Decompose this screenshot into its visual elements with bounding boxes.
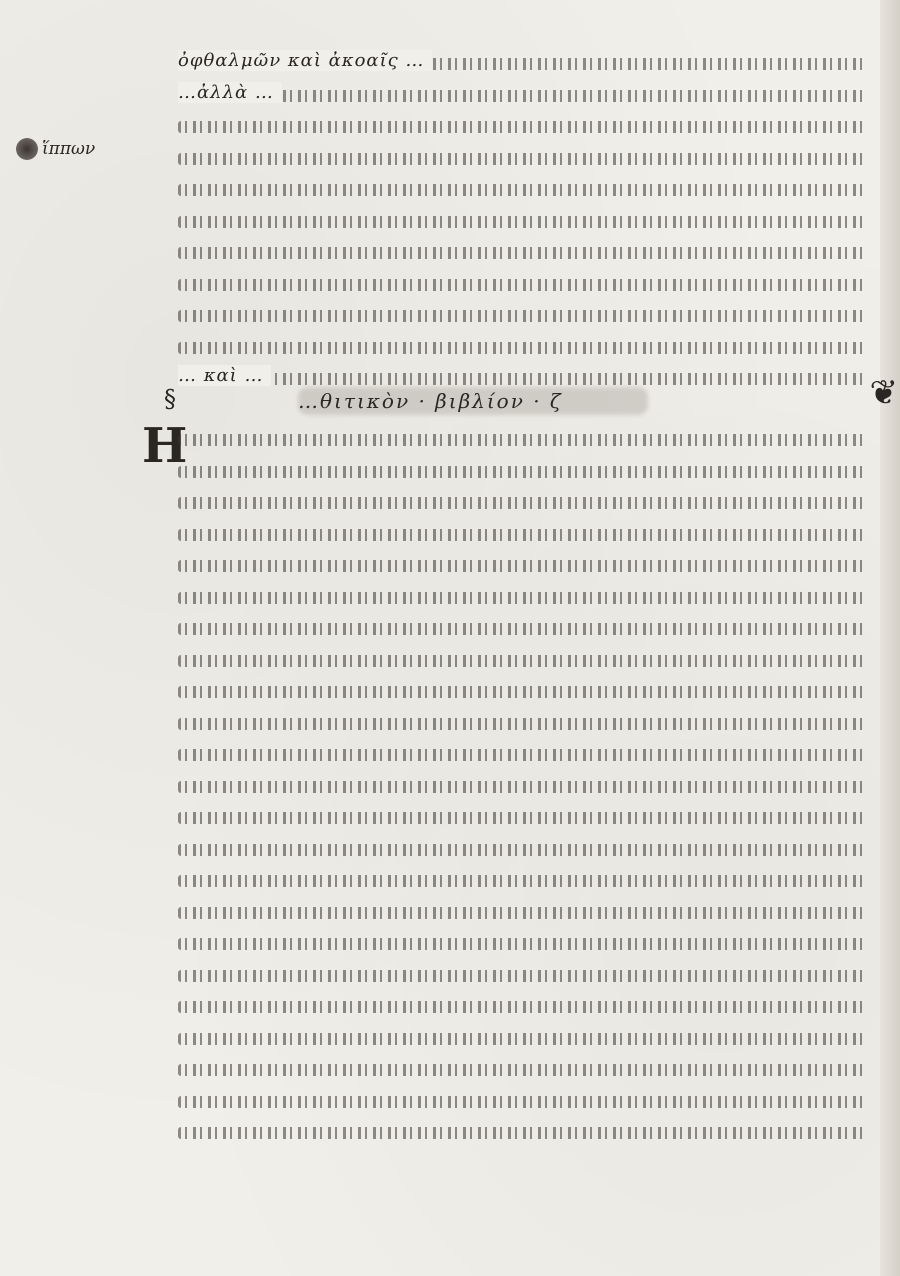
manuscript-line: [178, 546, 868, 578]
manuscript-line: [178, 767, 868, 799]
manuscript-line: [178, 139, 868, 171]
handwriting-strokes: [178, 812, 868, 824]
manuscript-line: [178, 1050, 868, 1082]
handwriting-strokes: [178, 749, 868, 761]
heading-text: …θιτικὸν · βιβλίον · ζ: [298, 389, 563, 413]
handwriting-strokes: [178, 781, 868, 793]
manuscript-line: [178, 893, 868, 925]
manuscript-line: [178, 296, 868, 328]
manuscript-line: [178, 1113, 868, 1145]
ink-stain-icon: [16, 138, 38, 160]
handwriting-strokes: [178, 875, 868, 887]
handwriting-strokes: [178, 310, 868, 322]
manuscript-line: [178, 483, 868, 515]
handwriting-strokes: [178, 1001, 868, 1013]
handwriting-strokes: [178, 686, 868, 698]
line-text: …ἀλλὰ …: [178, 82, 282, 103]
manuscript-line: [178, 861, 868, 893]
handwriting-strokes: [178, 1127, 868, 1139]
manuscript-line: [178, 641, 868, 673]
manuscript-line: [178, 420, 868, 452]
manuscript-line: [178, 987, 868, 1019]
handwriting-strokes: [178, 121, 868, 133]
handwriting-strokes: [178, 907, 868, 919]
handwriting-strokes: [178, 655, 868, 667]
manuscript-line: [178, 672, 868, 704]
manuscript-line: [178, 452, 868, 484]
book-heading: § …θιτικὸν · βιβλίον · ζ ❦: [178, 383, 868, 417]
marginal-gloss: ἵππων: [16, 138, 95, 160]
manuscript-line: [178, 924, 868, 956]
handwriting-strokes: [178, 1033, 868, 1045]
manuscript-line: [178, 704, 868, 736]
handwriting-strokes: [178, 434, 868, 446]
handwriting-strokes: [178, 529, 868, 541]
handwriting-strokes: [178, 1064, 868, 1076]
manuscript-line: [178, 265, 868, 297]
handwriting-strokes: [178, 184, 868, 196]
manuscript-line: [178, 202, 868, 234]
manuscript-line: [178, 798, 868, 830]
page-edge: [880, 0, 900, 1276]
text-block-upper: ὀφθαλμῶν καὶ ἀκοαῖς ……ἀλλὰ …… καὶ …: [178, 44, 868, 391]
manuscript-line: [178, 233, 868, 265]
manuscript-line: [178, 609, 868, 641]
ornament-right-icon: ❦: [870, 373, 899, 413]
manuscript-line: [178, 328, 868, 360]
manuscript-line: [178, 1019, 868, 1051]
handwriting-strokes: [178, 970, 868, 982]
manuscript-line: [178, 830, 868, 862]
handwriting-strokes: [178, 153, 868, 165]
handwriting-strokes: [178, 592, 868, 604]
manuscript-line: [178, 578, 868, 610]
manuscript-line: [178, 1082, 868, 1114]
handwriting-strokes: [178, 216, 868, 228]
manuscript-line: ὀφθαλμῶν καὶ ἀκοαῖς …: [178, 44, 868, 76]
marginal-gloss-text: ἵππων: [42, 139, 95, 159]
handwriting-strokes: [178, 938, 868, 950]
handwriting-strokes: [178, 342, 868, 354]
handwriting-strokes: [178, 247, 868, 259]
handwriting-strokes: [178, 718, 868, 730]
manuscript-line: [178, 735, 868, 767]
text-block-lower: [178, 420, 868, 1145]
manuscript-line: [178, 515, 868, 547]
manuscript-line: [178, 170, 868, 202]
handwriting-strokes: [178, 1096, 868, 1108]
ornament-left-icon: §: [164, 385, 176, 413]
handwriting-strokes: [178, 560, 868, 572]
handwriting-strokes: [178, 279, 868, 291]
handwriting-strokes: [178, 466, 868, 478]
manuscript-line: …ἀλλὰ …: [178, 76, 868, 108]
handwriting-strokes: [178, 497, 868, 509]
handwriting-strokes: [178, 623, 868, 635]
manuscript-line: [178, 956, 868, 988]
line-text: ὀφθαλμῶν καὶ ἀκοαῖς …: [178, 50, 432, 71]
manuscript-line: [178, 107, 868, 139]
handwriting-strokes: [178, 844, 868, 856]
